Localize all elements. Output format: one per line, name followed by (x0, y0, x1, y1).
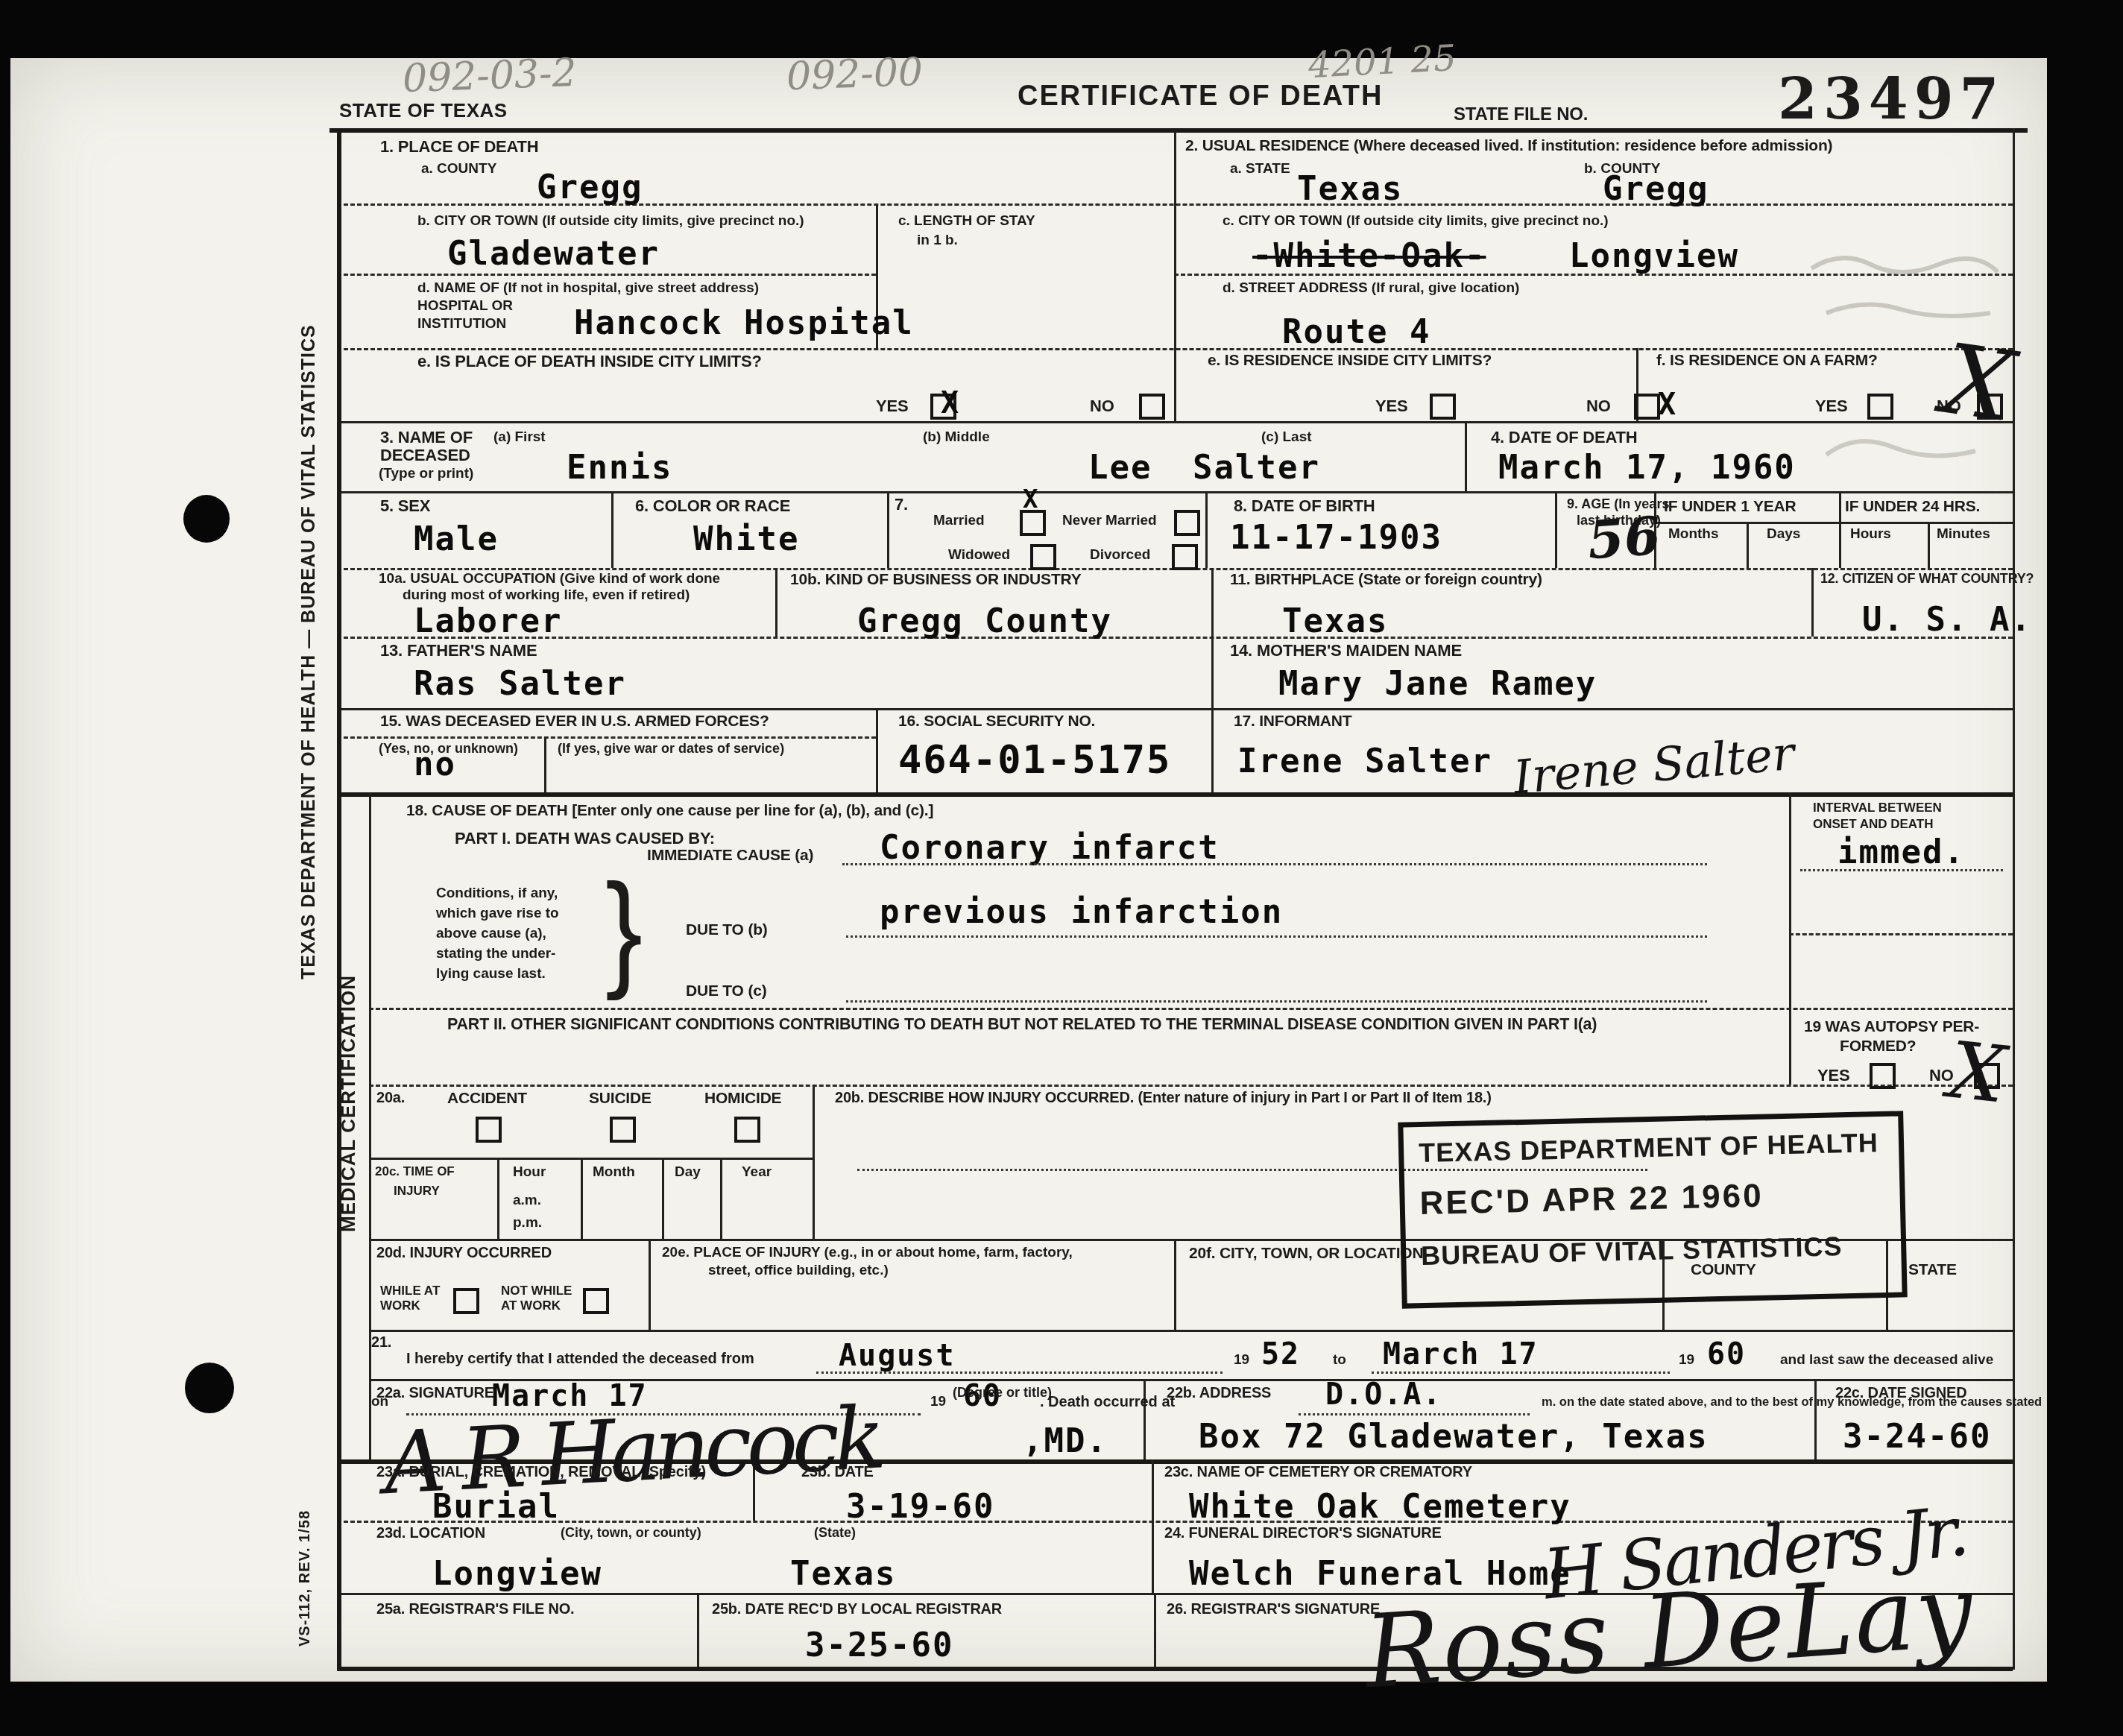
scan-border-left (0, 0, 10, 1736)
residence-state-label: a. STATE (1230, 161, 1290, 177)
checkbox-accident (476, 1117, 502, 1143)
street-address-value: Route 4 (1282, 313, 1430, 351)
rule (581, 1158, 583, 1239)
citizen-value: U. S. A. (1862, 601, 2032, 639)
immediate-cause-value: Coronary infarct (880, 829, 1220, 867)
informant-value: Irene Salter (1237, 742, 1492, 780)
date-of-birth-value: 11-17-1903 (1230, 519, 1442, 557)
checkbox-residence-in-city-no (1634, 394, 1660, 420)
street-address-label: d. STREET ADDRESS (If rural, give locati… (1223, 280, 1519, 297)
burial-city-value: Longview (432, 1555, 602, 1593)
rule (649, 1239, 651, 1330)
degree-or-title-label: (Degree or title) (953, 1385, 1052, 1401)
if-under-24-hrs-label: IF UNDER 24 HRS. (1845, 498, 1980, 516)
minutes-label: Minutes (1937, 526, 1990, 543)
checkbox-suicide (610, 1117, 636, 1143)
divorced-label: Divorced (1090, 547, 1150, 564)
injury-city-label: 20f. CITY, TOWN, OR LOCATION (1189, 1245, 1423, 1263)
death-city-limits-label: e. IS PLACE OF DEATH INSIDE CITY LIMITS? (417, 352, 762, 371)
year-19: 19 (1679, 1352, 1694, 1369)
date-signed-value: 3-24-60 (1843, 1418, 1991, 1456)
occupation-label2: during most of working life, even if ret… (403, 587, 690, 604)
residence-state-value: Texas (1297, 170, 1403, 208)
suicide-label: SUICIDE (589, 1090, 652, 1108)
ssn-value: 464-01-5175 (898, 738, 1171, 783)
rule (1839, 491, 1841, 568)
rule (775, 568, 777, 637)
county-of-death-value: Gregg (537, 168, 643, 206)
received-stamp: TEXAS DEPARTMENT OF HEALTH REC'D APR 22 … (1398, 1111, 1907, 1308)
rule (1143, 1379, 1146, 1459)
certify-text2: and last saw the deceased alive (1780, 1352, 1993, 1369)
checkbox-residence-in-city-yes (1430, 394, 1456, 420)
place-of-death-label: 1. PLACE OF DEATH (380, 137, 539, 157)
checkbox-while-at-work (453, 1288, 479, 1314)
registrar-file-no-label: 25a. REGISTRAR'S FILE NO. (376, 1601, 574, 1618)
rule (876, 708, 878, 792)
institution-label: d. NAME OF (If not in hospital, give str… (417, 280, 759, 297)
rule (1154, 1593, 1156, 1667)
rule (337, 708, 2013, 710)
rule (1747, 522, 1749, 568)
checkbox-homicide (734, 1117, 760, 1143)
marital-status-label: 7. (895, 495, 908, 514)
conditions-note: stating the under- (436, 946, 555, 962)
checkbox-widowed (1030, 544, 1056, 570)
injury-occurred-label: 20d. INJURY OCCURRED (376, 1245, 552, 1262)
interval-label: INTERVAL BETWEEN (1813, 801, 1942, 815)
rule (337, 637, 2013, 639)
rule (369, 1085, 2013, 1087)
rule (887, 491, 889, 568)
state-file-number: 23497 (1778, 66, 2004, 132)
conditions-note: which gave rise to (436, 906, 559, 922)
yes-label: YES (1815, 397, 1847, 416)
rule (337, 421, 2013, 423)
city-town-county-sublabel: (City, town, or county) (561, 1525, 701, 1541)
am-label: a.m. (513, 1193, 541, 1209)
checkbox-divorced (1172, 544, 1198, 570)
birthplace-value: Texas (1282, 602, 1388, 640)
rule (337, 792, 2013, 797)
rule (1789, 933, 2013, 935)
hole-punch (183, 495, 230, 543)
sex-value: Male (414, 520, 499, 558)
rule (1152, 1459, 1154, 1593)
scanned-death-certificate: TEXAS DEPARTMENT OF HEALTH — BUREAU OF V… (0, 0, 2123, 1736)
conditions-note: above cause (a), (436, 926, 546, 942)
day-label: Day (675, 1164, 701, 1181)
burial-location-label: 23d. LOCATION (376, 1525, 485, 1542)
certify-number: 21. (371, 1334, 391, 1351)
length-of-stay-label2: in 1 b. (917, 233, 958, 249)
last-name-label: (c) Last (1261, 429, 1312, 446)
rule (369, 792, 371, 1459)
color-race-value: White (693, 520, 799, 558)
to-label: to (1333, 1352, 1346, 1369)
conditions-note: lying cause last. (436, 966, 546, 982)
residence-on-farm-label: f. IS RESIDENCE ON A FARM? (1656, 352, 1878, 370)
institution-label2: HOSPITAL OR (417, 298, 513, 315)
certificate-title: CERTIFICATE OF DEATH (1018, 81, 1383, 113)
date-of-death-value: March 17, 1960 (1498, 449, 1796, 487)
rule (1205, 491, 1208, 568)
length-of-stay-label: c. LENGTH OF STAY (898, 213, 1035, 230)
rule (611, 491, 613, 568)
county-label: a. COUNTY (421, 161, 496, 177)
stamp-line2: REC'D APR 22 1960 (1419, 1178, 1764, 1222)
interval-value: immed. (1837, 833, 1965, 871)
accident-row-number: 20a. (376, 1090, 405, 1107)
residence-city-limits-label: e. IS RESIDENCE INSIDE CITY LIMITS? (1208, 352, 1492, 370)
stamp-line3: BUREAU OF VITAL STATISTICS (1421, 1231, 1843, 1272)
rule (369, 1158, 813, 1160)
time-of-injury-label2: INJURY (394, 1184, 440, 1199)
burial-state-value: Texas (790, 1555, 896, 1593)
name-of-deceased-label: 3. NAME OF (380, 428, 473, 447)
rule (1811, 568, 1814, 637)
while-at-work-label: WHILE AT (380, 1284, 440, 1298)
certify-text3: . Death occurred at (1040, 1394, 1175, 1411)
yes-label: YES (1817, 1066, 1849, 1085)
middle-name-label: (b) Middle (923, 429, 990, 446)
rule (1211, 708, 1214, 792)
burial-type-label: 23a. BURIAL, CREMATION, REMOVAL (Specify… (376, 1464, 706, 1481)
attended-to-value: March 17 (1383, 1337, 1539, 1372)
residence-county-value: Gregg (1603, 170, 1709, 208)
fill-line (842, 863, 1707, 865)
handwritten-code: 092-00 (786, 50, 924, 99)
death-in-city-yes-mark: X (941, 386, 960, 420)
due-to-b-label: DUE TO (b) (686, 921, 768, 939)
rule (1211, 568, 1214, 708)
no-label: NO (1586, 397, 1611, 416)
due-to-b-value: previous infarction (880, 893, 1283, 931)
year-label: Year (742, 1164, 772, 1181)
birthplace-label: 11. BIRTHPLACE (State or foreign country… (1230, 571, 1542, 589)
rule (813, 1085, 815, 1239)
not-while-at-work-label: NOT WHILE (501, 1284, 572, 1298)
informant-label: 17. INFORMANT (1234, 713, 1351, 730)
month-label: Month (593, 1164, 635, 1181)
scan-border-right (2047, 0, 2123, 1736)
margin-department-text: TEXAS DEPARTMENT OF HEALTH — BUREAU OF V… (298, 321, 320, 984)
fill-line (1372, 1372, 1670, 1374)
handwritten-code: 4201 25 (1307, 37, 1457, 86)
checkbox-farm-yes (1867, 394, 1893, 420)
rule (1465, 421, 1467, 491)
year-19: 19 (930, 1394, 946, 1410)
time-of-injury-label: 20c. TIME OF (375, 1164, 455, 1179)
burial-date-label: 23b. DATE (801, 1464, 874, 1481)
checkbox-autopsy-yes (1870, 1063, 1896, 1089)
accident-label: ACCIDENT (447, 1090, 527, 1108)
married-x-mark: X (1023, 484, 1039, 514)
rule (697, 1593, 699, 1667)
cemetery-label: 23c. NAME OF CEMETERY OR CREMATORY (1164, 1464, 1472, 1481)
immediate-cause-label: IMMEDIATE CAUSE (a) (647, 847, 813, 865)
signature-label: 22a. SIGNATURE (376, 1385, 494, 1402)
part2-label: PART II. OTHER SIGNIFICANT CONDITIONS CO… (447, 1015, 1597, 1034)
fathers-name-label: 13. FATHER'S NAME (380, 641, 537, 660)
mothers-maiden-name-value: Mary Jane Ramey (1278, 665, 1597, 703)
funeral-director-label: 24. FUNERAL DIRECTOR'S SIGNATURE (1164, 1525, 1442, 1542)
attended-from-year: 52 (1261, 1337, 1300, 1372)
rule (1174, 1239, 1176, 1330)
age-value-handwritten: 56 (1586, 505, 1662, 572)
institution-value: Hancock Hospital (574, 304, 914, 342)
hole-punch (185, 1363, 234, 1413)
date-signed-label: 22c. DATE SIGNED (1835, 1385, 1966, 1402)
handwritten-code: 092-03-2 (402, 51, 578, 101)
rule (1789, 792, 1791, 1085)
residence-city-value: Longview (1569, 237, 1739, 275)
industry-label: 10b. KIND OF BUSINESS OR INDUSTRY (790, 571, 1082, 589)
rule (1654, 522, 2013, 524)
cemetery-value: White Oak Cemetery (1189, 1488, 1571, 1526)
rule (720, 1158, 722, 1239)
not-while-at-work-label2: AT WORK (501, 1298, 561, 1313)
rule (337, 128, 341, 1670)
citizen-label: 12. CITIZEN OF WHAT COUNTRY? (1820, 571, 2034, 587)
hour-label: Hour (513, 1164, 546, 1181)
rule (1814, 1379, 1817, 1459)
rule (1555, 491, 1557, 568)
scan-border-bottom (0, 1682, 2123, 1736)
attended-from-value: August (839, 1339, 956, 1373)
burial-type-value: Burial (432, 1488, 560, 1526)
rule (662, 1158, 664, 1239)
date-recd-label: 25b. DATE REC'D BY LOCAL REGISTRAR (712, 1601, 1002, 1618)
scan-border-top (0, 0, 2123, 58)
date-of-death-label: 4. DATE OF DEATH (1491, 428, 1637, 447)
residence-in-city-no-mark: X (1658, 388, 1677, 422)
conditions-note: Conditions, if any, (436, 886, 558, 902)
date-recd-value: 3-25-60 (805, 1626, 953, 1664)
due-to-c-label: DUE TO (c) (686, 982, 766, 1000)
middle-name-value: Lee (1088, 449, 1152, 487)
armed-forces-sub2: (If yes, give war or dates of service) (558, 741, 784, 757)
homicide-label: HOMICIDE (704, 1090, 781, 1108)
widowed-label: Widowed (948, 547, 1010, 564)
rule (337, 274, 876, 276)
fill-line (846, 935, 1707, 938)
checkbox-not-while-at-work (583, 1288, 609, 1314)
margin-form-number: VS-112, REV. 1/58 (297, 1480, 314, 1677)
hours-label: Hours (1850, 526, 1891, 543)
pm-label: p.m. (513, 1215, 542, 1231)
first-name-label: (a) First (493, 429, 546, 446)
color-race-label: 6. COLOR OR RACE (635, 496, 790, 516)
date-of-birth-label: 8. DATE OF BIRTH (1234, 496, 1375, 516)
armed-forces-label: 15. WAS DECEASED EVER IN U.S. ARMED FORC… (380, 713, 769, 730)
fill-line (846, 1000, 1707, 1003)
city-of-death-label: b. CITY OR TOWN (If outside city limits,… (417, 213, 804, 230)
if-under-1-year-label: IF UNDER 1 YEAR (1664, 498, 1796, 516)
ssn-label: 16. SOCIAL SECURITY NO. (898, 713, 1095, 730)
degree-value: ,MD. (1023, 1422, 1108, 1460)
stamp-line1: TEXAS DEPARTMENT OF HEALTH (1419, 1127, 1878, 1169)
rule (329, 128, 2028, 133)
rule (497, 1158, 499, 1239)
year-19: 19 (1234, 1352, 1249, 1369)
part1-label: PART I. DEATH WAS CAUSED BY: (455, 829, 715, 848)
certify-text1: I hereby certify that I attended the dec… (406, 1351, 754, 1368)
checkbox-death-in-city-no (1139, 394, 1165, 420)
residence-city-label: c. CITY OR TOWN (If outside city limits,… (1223, 213, 1609, 230)
first-name-value: Ennis (567, 449, 672, 487)
occupation-label: 10a. USUAL OCCUPATION (Give kind of work… (379, 571, 720, 587)
state-file-no-label: STATE FILE NO. (1454, 104, 1588, 125)
pencil-mark (1804, 239, 2013, 350)
rule (369, 1008, 2013, 1010)
occupation-value: Laborer (414, 602, 562, 640)
last-name-value: Salter (1193, 449, 1320, 487)
attended-to-year: 60 (1707, 1337, 1746, 1372)
mothers-maiden-name-label: 14. MOTHER'S MAIDEN NAME (1230, 641, 1462, 660)
fill-line (1800, 869, 2003, 871)
death-occurred-at-value: D.O.A. (1325, 1377, 1442, 1412)
place-of-injury-label: 20e. PLACE OF INJURY (e.g., in or about … (662, 1245, 1073, 1261)
yes-label: YES (1375, 397, 1407, 416)
residence-city-struck-value: -White-Oak- (1252, 237, 1486, 275)
industry-value: Gregg County (857, 602, 1112, 640)
rule (544, 736, 546, 792)
state-sublabel: (State) (814, 1525, 856, 1541)
armed-forces-value: no (414, 745, 456, 783)
usual-residence-label: 2. USUAL RESIDENCE (Where deceased lived… (1185, 137, 1832, 155)
rule (1928, 522, 1930, 568)
yes-label: YES (876, 397, 908, 416)
city-of-death-value: Gladewater (447, 235, 660, 273)
cause-of-death-label: 18. CAUSE OF DEATH [Enter only one cause… (406, 802, 933, 820)
registrar-signature-label: 26. REGISTRAR'S SIGNATURE (1167, 1601, 1380, 1618)
fill-line (1299, 1413, 1530, 1415)
autopsy-label2: FORMED? (1840, 1038, 1916, 1055)
institution-label3: INSTITUTION (417, 316, 506, 332)
pencil-mark (1819, 417, 1983, 484)
address-label: 22b. ADDRESS (1167, 1385, 1271, 1402)
brace-glyph: } (605, 855, 643, 1003)
days-label: Days (1767, 526, 1800, 543)
burial-date-value: 3-19-60 (846, 1488, 994, 1526)
fathers-name-value: Ras Salter (414, 665, 626, 703)
state-of-texas-label: STATE OF TEXAS (339, 99, 508, 122)
describe-injury-label: 20b. DESCRIBE HOW INJURY OCCURRED. (Ente… (835, 1090, 1492, 1107)
rule (337, 491, 2013, 493)
injury-state-label: STATE (1908, 1261, 1957, 1279)
name-of-deceased-label2: DECEASED (380, 446, 470, 465)
rule (1174, 130, 1176, 421)
sex-label: 5. SEX (380, 496, 430, 516)
checkbox-never-married (1174, 510, 1200, 536)
no-label: NO (1090, 397, 1114, 416)
place-of-injury-label2: street, office building, etc.) (708, 1263, 889, 1279)
married-label: Married (933, 513, 985, 529)
type-or-print-label: (Type or print) (379, 466, 473, 482)
address-value: Box 72 Gladewater, Texas (1199, 1418, 1709, 1456)
autopsy-no-handwritten-x: X (1945, 1024, 2010, 1120)
months-label: Months (1668, 526, 1719, 543)
rule (369, 1330, 2013, 1332)
rule (337, 736, 876, 739)
never-married-label: Never Married (1062, 513, 1157, 529)
while-at-work-label2: WORK (380, 1298, 420, 1313)
interval-label2: ONSET AND DEATH (1813, 817, 1934, 832)
